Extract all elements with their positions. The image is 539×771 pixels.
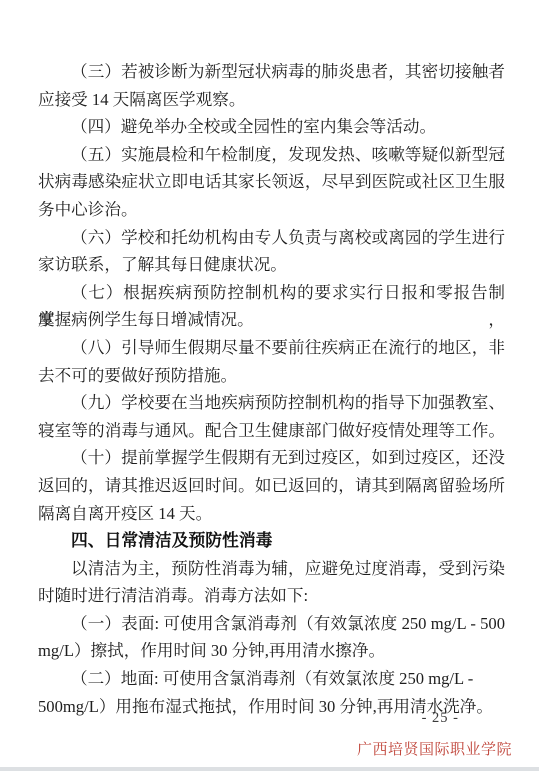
paragraph-line: （九）学校要在当地疾病预防控制机构的指导下加强教室、 — [38, 389, 505, 417]
section-heading: 四、日常清洁及预防性消毒 — [38, 527, 505, 555]
institution-watermark: 广西培贤国际职业学院 — [357, 740, 512, 760]
paragraph-line: （一）表面: 可使用含氯消毒剂（有效氯浓度 250 mg/L - 500 — [38, 610, 505, 638]
paragraph-line: 家访联系，了解其每日健康状况。 — [38, 251, 505, 279]
paragraph-line: 务中心诊治。 — [38, 196, 505, 224]
document-page: （三）若被诊断为新型冠状病毒的肺炎患者，其密切接触者 应接受 14 天隔离医学观… — [0, 0, 539, 771]
paragraph-line: （七）根据疾病预防控制机构的要求实行日报和零报告制度， — [38, 279, 505, 307]
paragraph-line: 去不可的要做好预防措施。 — [38, 362, 505, 390]
paragraph-line: 时随时进行清洁消毒。消毒方法如下: — [38, 582, 505, 610]
paragraph-line: （二）地面: 可使用含氯消毒剂（有效氯浓度 250 mg/L - — [38, 665, 505, 693]
paragraph-line: 状病毒感染症状立即电话其家长领返，尽早到医院或社区卫生服 — [38, 168, 505, 196]
paragraph-line: mg/L）擦拭，作用时间 30 分钟,再用清水擦净。 — [38, 637, 505, 665]
page-number: - 25 - — [422, 709, 459, 727]
paragraph-line: （八）引导师生假期尽量不要前往疾病正在流行的地区，非 — [38, 334, 505, 362]
paragraph-line: （四）避免举办全校或全园性的室内集会等活动。 — [38, 113, 505, 141]
paragraph-line: （六）学校和托幼机构由专人负责与离校或离园的学生进行 — [38, 224, 505, 252]
paragraph-line: 隔离自离开疫区 14 天。 — [38, 500, 505, 528]
document-body: （三）若被诊断为新型冠状病毒的肺炎患者，其密切接触者 应接受 14 天隔离医学观… — [38, 58, 505, 720]
paragraph-line: （三）若被诊断为新型冠状病毒的肺炎患者，其密切接触者 — [38, 58, 505, 86]
paragraph-line: 以清洁为主，预防性消毒为辅，应避免过度消毒，受到污染 — [38, 555, 505, 583]
window-edge-strip — [0, 767, 539, 771]
paragraph-line: 应接受 14 天隔离医学观察。 — [38, 86, 505, 114]
paragraph-line: 返回的，请其推迟返回时间。如已返回的，请其到隔离留验场所 — [38, 472, 505, 500]
paragraph-line: （十）提前掌握学生假期有无到过疫区，如到过疫区，还没 — [38, 444, 505, 472]
paragraph-line: （五）实施晨检和午检制度，发现发热、咳嗽等疑似新型冠 — [38, 141, 505, 169]
paragraph-line: 寝室等的消毒与通风。配合卫生健康部门做好疫情处理等工作。 — [38, 417, 505, 445]
